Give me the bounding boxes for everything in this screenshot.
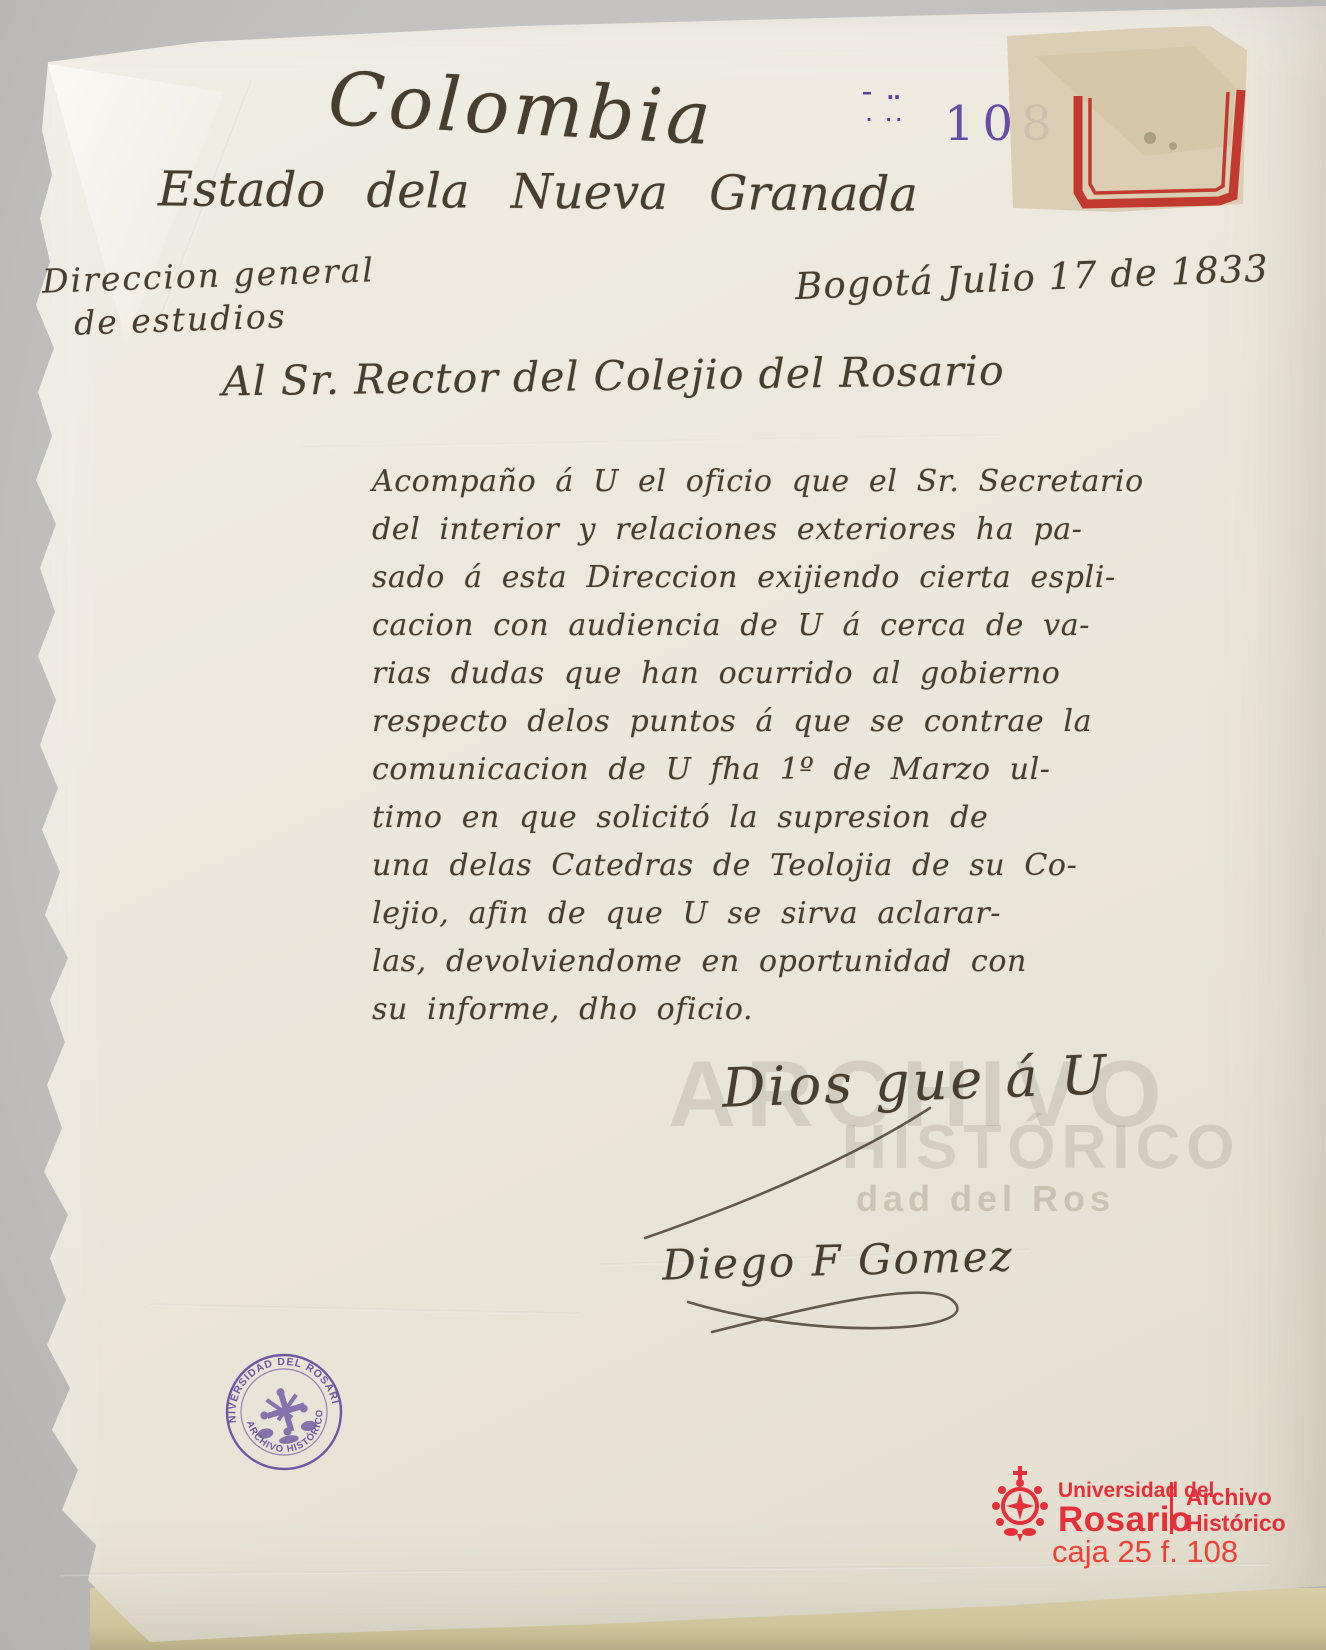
- signature: Diego F Gomez: [661, 1231, 1014, 1289]
- folio-stamp-dashes: · ··: [866, 110, 906, 129]
- body-line: respecto delos puntos á que se contrae l…: [372, 698, 1144, 746]
- letter-body: Acompaño á U el oficio que el Sr. Secret…: [372, 458, 1144, 1034]
- body-line: su informe, dho oficio.: [372, 986, 1144, 1034]
- body-line: sado á esta Direccion exijiendo cierta e…: [372, 554, 1144, 602]
- watermark-line-2: HISTÓRICO: [842, 1112, 1240, 1183]
- body-line: las, devolviendome en oportunidad con: [372, 938, 1144, 986]
- body-line: lejio, afin de que U se sirva aclarar-: [372, 890, 1144, 938]
- rosario-emblem-icon: [984, 1466, 1056, 1542]
- office-line-2: de estudios: [73, 296, 287, 342]
- archive-reference-number: caja 25 f. 108: [1052, 1534, 1238, 1570]
- body-line: una delas Catedras de Teolojia de su Co-: [372, 842, 1144, 890]
- folio-stamp-dashes: – ‥: [862, 80, 904, 104]
- watermark-line-3: dad del Ros: [856, 1178, 1115, 1220]
- body-line: rias dudas que han ocurrido al gobierno: [372, 650, 1144, 698]
- archive-round-stamp: UNIVERSIDAD DEL ROSARIO ARCHIVO HISTÓRIC…: [212, 1340, 356, 1484]
- body-line: cacion con audiencia de U á cerca de va-: [372, 602, 1144, 650]
- footer-divider: [1170, 1482, 1173, 1534]
- state-heading: Estado dela Nueva Granada: [158, 161, 918, 222]
- footer-dept-line-2: Histórico: [1186, 1512, 1286, 1535]
- scanned-letter-photo: { "page": { "background_color": "#c3c2c0…: [0, 0, 1326, 1650]
- corner-frame-stamp: [995, 26, 1255, 226]
- body-line: del interior y relaciones exteriores ha …: [372, 506, 1144, 554]
- body-line: Acompaño á U el oficio que el Sr. Secret…: [372, 458, 1144, 506]
- body-line: timo en que solicitó la supresion de: [372, 794, 1144, 842]
- body-line: comunicacion de U fha 1º de Marzo ul-: [372, 746, 1144, 794]
- footer-dept-line-1: Archivo: [1186, 1486, 1272, 1509]
